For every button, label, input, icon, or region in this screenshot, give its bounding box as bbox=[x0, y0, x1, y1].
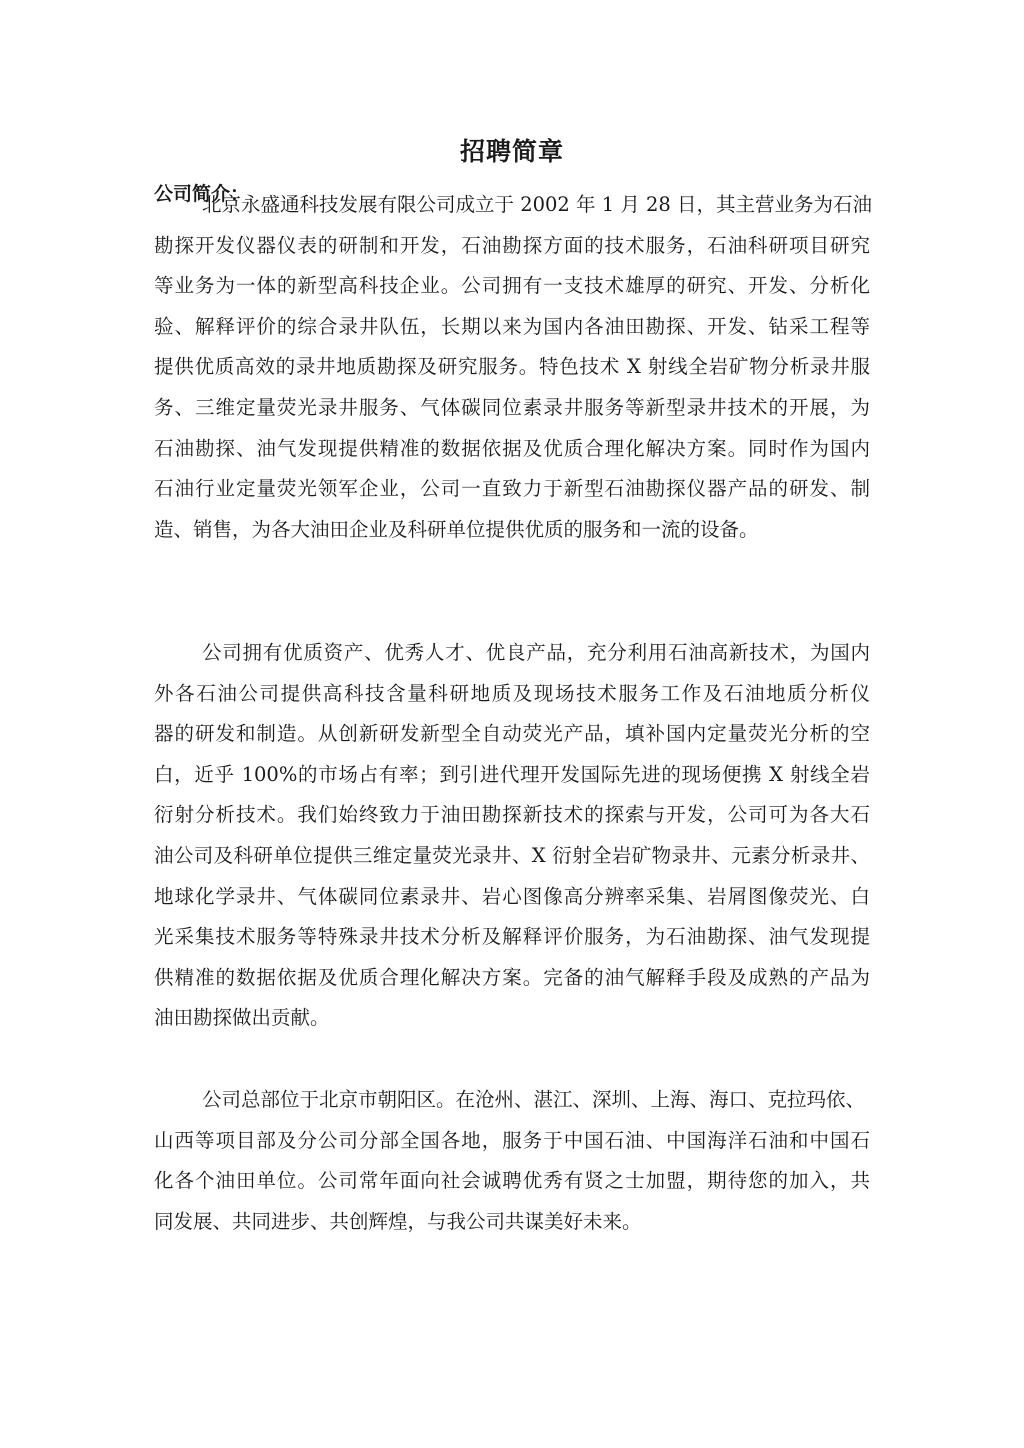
paragraph-line: 勘探开发仪器仪表的研制和开发，石油勘探方面的技术服务，石油科研项目研究 bbox=[154, 226, 870, 267]
paragraph-company-overview: 北京永盛通科技发展有限公司成立于 2002 年 1 月 28 日，其主营业务为石… bbox=[154, 185, 870, 550]
paragraph-line: 白，近乎 100%的市场占有率；到引进代理开发国际先进的现场便携 X 射线全岩 bbox=[154, 755, 870, 796]
paragraph-line: 衍射分析技术。我们始终致力于油田勘探新技术的探索与开发，公司可为各大石 bbox=[154, 795, 870, 836]
paragraph-line: 北京永盛通科技发展有限公司成立于 2002 年 1 月 28 日，其主营业务为石… bbox=[154, 185, 870, 226]
document-page: 招聘简章 公司简介： 北京永盛通科技发展有限公司成立于 2002 年 1 月 2… bbox=[0, 0, 1024, 1448]
paragraph-line: 造、销售，为各大油田企业及科研单位提供优质的服务和一流的设备。 bbox=[154, 510, 870, 551]
paragraph-line: 等业务为一体的新型高科技企业。公司拥有一支技术雄厚的研究、开发、分析化 bbox=[154, 266, 870, 307]
paragraph-line: 验、解释评价的综合录井队伍，长期以来为国内各油田勘探、开发、钻采工程等 bbox=[154, 307, 870, 348]
paragraph-line: 供精准的数据依据及优质合理化解决方案。完备的油气解释手段及成熟的产品为 bbox=[154, 958, 870, 999]
paragraph-line: 器的研发和制造。从创新研发新型全自动荧光产品，填补国内定量荧光分析的空 bbox=[154, 714, 870, 755]
paragraph-line: 山西等项目部及分公司分部全国各地，服务于中国石油、中国海洋石油和中国石 bbox=[154, 1121, 870, 1162]
paragraph-line: 同发展、共同进步、共创辉煌，与我公司共谋美好未来。 bbox=[154, 1202, 870, 1243]
paragraph-company-capabilities: 公司拥有优质资产、优秀人才、优良产品，充分利用石油高新技术，为国内外各石油公司提… bbox=[154, 633, 870, 1039]
paragraph-line: 化各个油田单位。公司常年面向社会诚聘优秀有贤之士加盟，期待您的加入，共 bbox=[154, 1161, 870, 1202]
paragraph-line: 光采集技术服务等特殊录井技术分析及解释评价服务，为石油勘探、油气发现提 bbox=[154, 917, 870, 958]
paragraph-line: 油田勘探做出贡献。 bbox=[154, 998, 870, 1039]
paragraph-line: 务、三维定量荧光录井服务、气体碳同位素录井服务等新型录井技术的开展，为 bbox=[154, 388, 870, 429]
paragraph-line: 地球化学录井、气体碳同位素录井、岩心图像高分辨率采集、岩屑图像荧光、白 bbox=[154, 877, 870, 918]
paragraph-line: 公司拥有优质资产、优秀人才、优良产品，充分利用石油高新技术，为国内 bbox=[154, 633, 870, 674]
paragraph-line: 公司总部位于北京市朝阳区。在沧州、湛江、深圳、上海、海口、克拉玛依、 bbox=[154, 1080, 870, 1121]
paragraph-line: 石油勘探、油气发现提供精准的数据依据及优质合理化解决方案。同时作为国内 bbox=[154, 429, 870, 470]
document-title: 招聘简章 bbox=[0, 134, 1024, 170]
paragraph-line: 油公司及科研单位提供三维定量荧光录井、X 衍射全岩矿物录井、元素分析录井、 bbox=[154, 836, 870, 877]
paragraph-line: 提供优质高效的录井地质勘探及研究服务。特色技术 X 射线全岩矿物分析录井服 bbox=[154, 347, 870, 388]
paragraph-company-locations: 公司总部位于北京市朝阳区。在沧州、湛江、深圳、上海、海口、克拉玛依、山西等项目部… bbox=[154, 1080, 870, 1242]
paragraph-line: 外各石油公司提供高科技含量科研地质及现场技术服务工作及石油地质分析仪 bbox=[154, 674, 870, 715]
paragraph-line: 石油行业定量荧光领军企业，公司一直致力于新型石油勘探仪器产品的研发、制 bbox=[154, 469, 870, 510]
